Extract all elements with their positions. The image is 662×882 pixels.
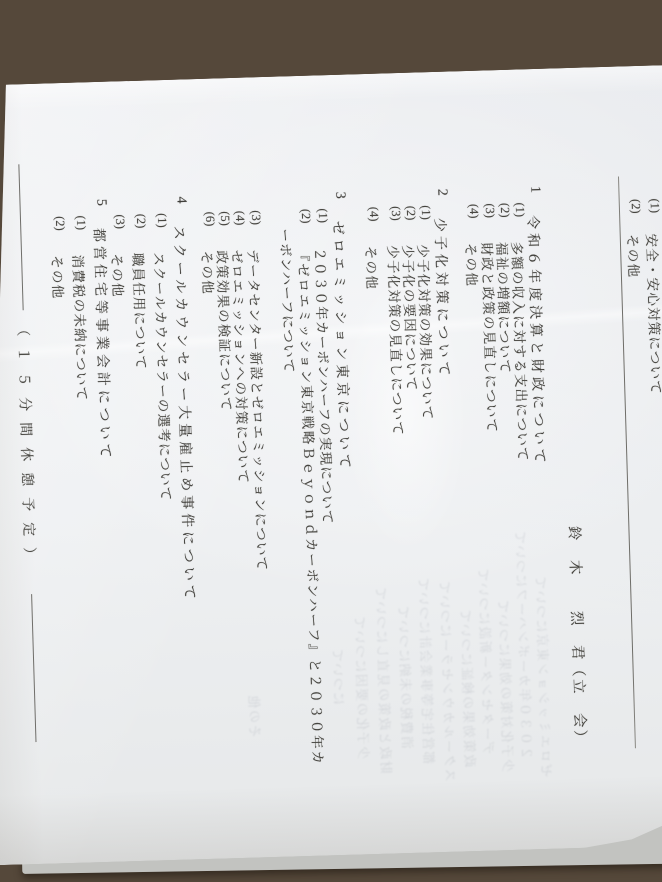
item-marker: (1): [418, 205, 433, 220]
item-marker: (2): [403, 206, 418, 221]
item-marker: (3): [482, 203, 497, 218]
item-marker: (1): [512, 202, 527, 217]
agenda-paper-sheet: ゼロエミッション東京について ２０３０年カーボンハーフについて 少子化対策の効果…: [0, 65, 662, 866]
item-marker: (2): [52, 216, 67, 231]
item-text: その他: [624, 234, 645, 279]
item-marker: (2): [133, 214, 148, 229]
item-text: その他: [108, 253, 129, 298]
item-text: その他: [462, 243, 483, 288]
item-marker: (1): [647, 198, 662, 213]
item-text: ーボンハーフについて: [276, 228, 300, 374]
item-text: その他: [198, 250, 219, 295]
section-number: 1: [526, 186, 542, 193]
item-marker: (1): [154, 213, 169, 228]
photo-of-agenda-on-carpet: { "scene": { "description": "photo of pr…: [0, 0, 662, 882]
item-marker: (4): [466, 204, 481, 219]
item-marker: (1): [315, 208, 330, 223]
item-text: 職員任用について: [129, 252, 152, 370]
section-number: 5: [92, 199, 108, 206]
item-marker: (3): [388, 206, 403, 221]
item-text: その他: [48, 255, 69, 300]
item-marker: (2): [298, 209, 313, 224]
item-marker: (4): [232, 211, 247, 226]
section-number: 4: [172, 196, 188, 203]
item-marker: (4): [366, 207, 381, 222]
item-marker: (1): [73, 215, 88, 230]
item-text: その他: [362, 246, 383, 291]
section-number: 2: [433, 189, 449, 196]
section-number: 3: [331, 192, 347, 199]
item-marker: (5): [217, 211, 232, 226]
item-marker: (3): [112, 214, 127, 229]
item-marker: (6): [202, 211, 217, 226]
agenda-document-content: ゼロエミッション東京について ２０３０年カーボンハーフについて 少子化対策の効果…: [0, 65, 662, 865]
item-marker: (2): [628, 199, 643, 214]
item-marker: (2): [497, 203, 512, 218]
item-marker: (3): [248, 210, 263, 225]
